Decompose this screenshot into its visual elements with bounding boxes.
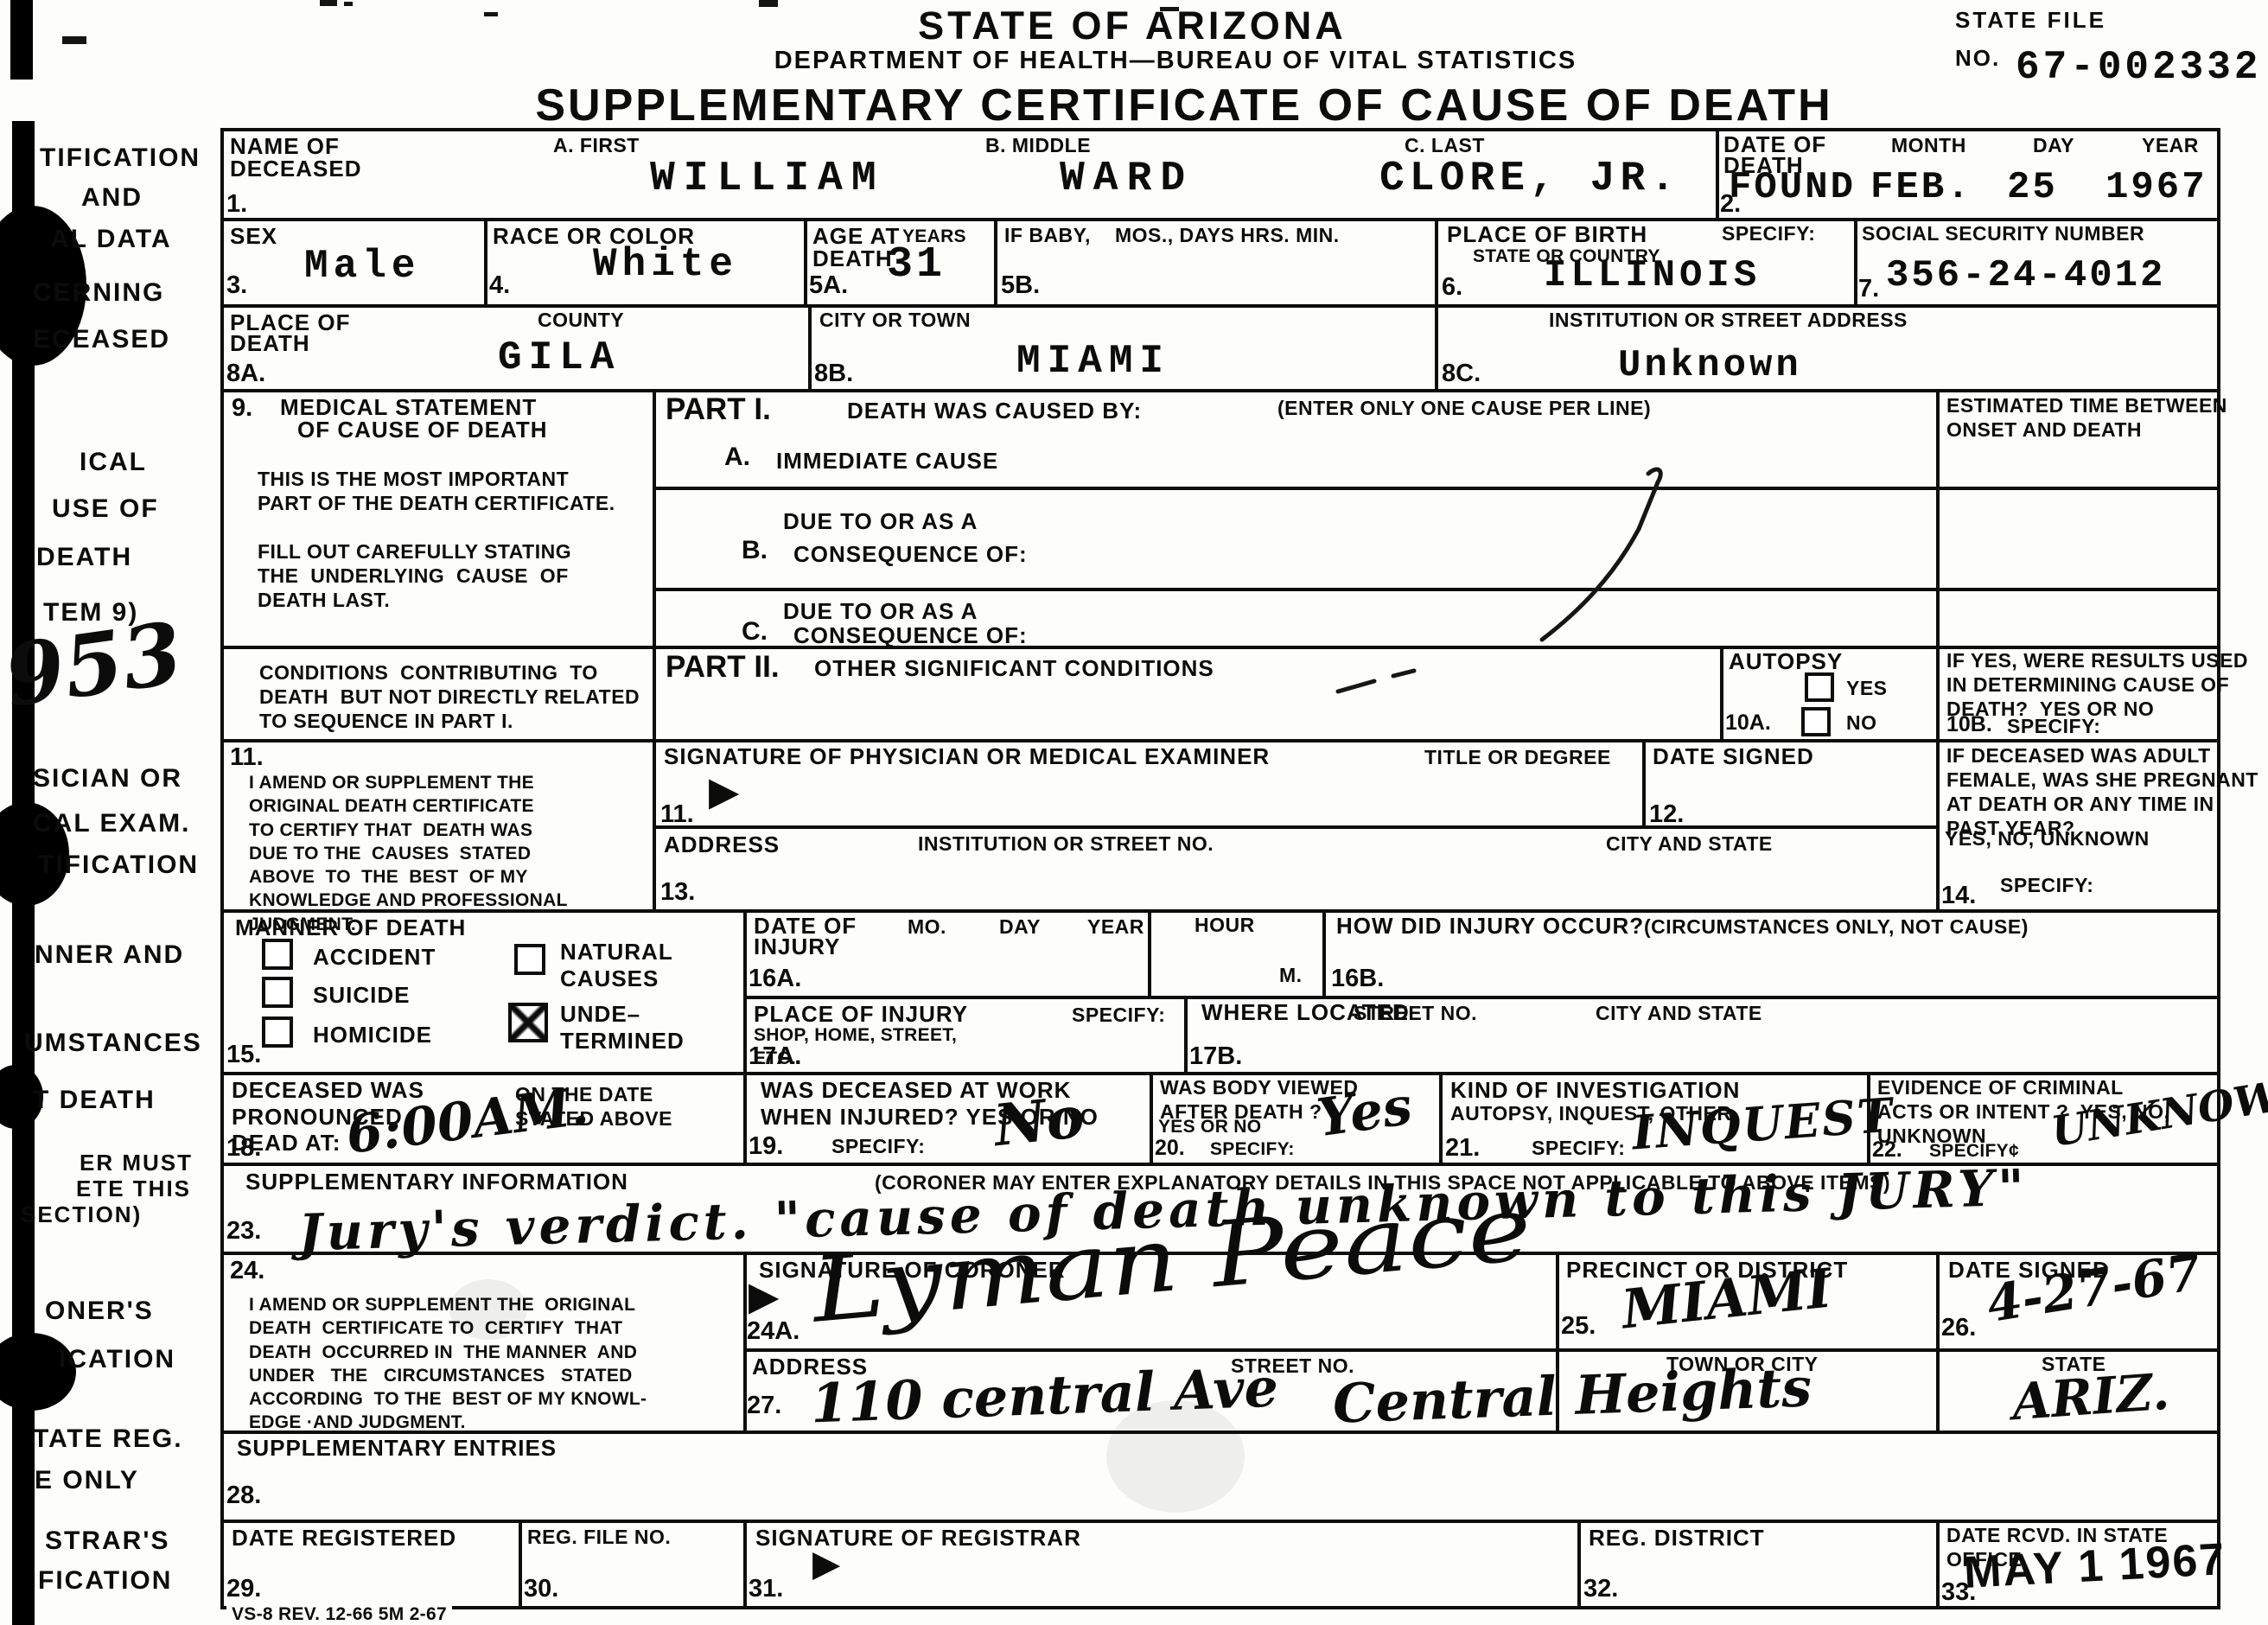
dod-year-header: YEAR [2142,133,2199,157]
city-state-header-13: CITY AND STATE [1606,832,1773,856]
baby-label: IF BABY, [1004,223,1091,247]
page-title-department: DEPARTMENT OF HEALTH—BUREAU OF VITAL STA… [570,47,1781,75]
pod-county-header: COUNTY [538,308,624,332]
suicide-checkbox [262,977,293,1008]
part1-one-cause-note: (ENTER ONLY ONE CAUSE PER LINE) [1277,396,1651,420]
place-specify-label: SPECIFY: [1072,1003,1165,1027]
cause-b-due-to: DUE TO OR AS A [783,508,978,535]
margin-label: CAL EXAM. [33,809,190,838]
natural-causes-label: NATURAL CAUSES [560,939,673,991]
at-work-value: No [991,1083,1087,1159]
item-27: 27. [747,1392,781,1420]
pod-label-2: DEATH [230,330,310,357]
physician-statement: I AMEND OR SUPPLEMENT THE ORIGINAL DEATH… [249,771,568,936]
undetermined-label: UNDE– TERMINED [560,1001,685,1054]
ssn-label: SOCIAL SECURITY NUMBER [1862,221,2144,245]
registrar-pointer-arrow-icon: ▶ [812,1545,840,1582]
cause-a-label: IMMEDIATE CAUSE [776,448,998,475]
item-25: 25. [1561,1312,1596,1341]
item-17a: 17A. [749,1042,801,1071]
scan-speck [1160,7,1179,11]
autopsy-yes-label: YES [1846,676,1888,700]
investigation-specify-label: SPECIFY: [1532,1136,1625,1160]
injury-date-label-2: INJURY [754,934,840,960]
supp-entries-label: SUPPLEMENTARY ENTRIES [237,1435,557,1462]
conditions-label: CONDITIONS CONTRIBUTING TO DEATH BUT NOT… [259,660,640,733]
item-13: 13. [660,878,695,907]
margin-label: AND [81,183,143,213]
scan-speck [320,0,337,6]
margin-label: AL DATA [50,225,172,254]
part2-title: PART II. [666,650,780,685]
item-19: 19. [749,1132,783,1161]
margin-label: USE OF [52,494,159,524]
item-20: 20. [1155,1136,1185,1161]
page-title-state: STATE OF ARIZONA [674,3,1590,48]
title-or-degree-header: TITLE OR DEGREE [1424,745,1611,769]
sex-value: Male [304,244,420,289]
item-1: 1. [226,190,247,219]
birth-specify-label: SPECIFY: [1722,221,1815,245]
where-city-state-header: CITY AND STATE [1596,1001,1762,1025]
item-28: 28. [226,1482,261,1510]
item-24: 24. [230,1257,264,1285]
age-value: 31 [887,240,946,290]
margin-label: ICATION [59,1345,175,1374]
item-11: 11. [230,743,264,772]
margin-label: TATE REG. [33,1424,183,1454]
injury-year-header: YEAR [1087,914,1144,939]
supp-info-label: SUPPLEMENTARY INFORMATION [245,1169,628,1195]
medical-statement-title-2: OF CAUSE OF DEATH [297,417,548,443]
sex-label: SEX [230,223,277,250]
pod-county-value: GILA [498,335,621,380]
dod-year-value: 1967 [2106,166,2207,209]
reg-district-label: REG. DISTRICT [1589,1525,1765,1552]
item-12: 12. [1649,800,1684,829]
body-viewed-specify-label: SPECIFY: [1210,1137,1295,1161]
margin-label: FICATION [38,1566,172,1596]
part1-divider-b [653,588,2220,591]
registrar-signature-label: SIGNATURE OF REGISTRAR [755,1525,1081,1552]
autopsy-label: AUTOPSY [1729,648,1843,675]
margin-label: ETE THIS [76,1176,191,1202]
part1-title: PART I. [666,392,771,427]
item-15: 15. [226,1041,261,1069]
item-9: 9. [232,394,252,423]
injury-mo-header: MO. [908,914,946,939]
item-16b: 16B. [1331,965,1384,993]
part2-label: OTHER SIGNIFICANT CONDITIONS [814,655,1214,682]
dod-found-value: FOUND [1729,166,1856,209]
name-middle-header: B. MIDDLE [985,133,1091,157]
cause-c-letter: C. [742,617,768,647]
physician-signature-label: SIGNATURE OF PHYSICIAN OR MEDICAL EXAMIN… [664,743,1270,770]
item-23: 23. [226,1217,261,1246]
pod-city-header: CITY OR TOWN [819,308,971,332]
autopsy-no-checkbox [1801,707,1831,736]
name-first-value: WILLIAM [650,156,885,202]
margin-label: DEATH [36,543,132,572]
name-last-value: CLORE, JR. [1379,156,1680,202]
part1-caused-by: DEATH WAS CAUSED BY: [847,398,1142,424]
baby-units-header: MOS., DAYS HRS. MIN. [1115,223,1340,247]
scan-speck [759,0,778,7]
scan-speck [344,2,353,6]
at-work-specify-label: SPECIFY: [831,1134,925,1158]
item-14: 14. [1941,882,1976,910]
injury-hour-divider [1148,909,1151,999]
item-3: 3. [226,271,247,300]
item-29: 29. [226,1575,261,1603]
name-last-header: C. LAST [1405,133,1485,157]
item-10a: 10A. [1725,711,1771,736]
margin-label: NNER AND [35,940,184,970]
state-file-no-label: NO. [1955,45,2000,72]
item-10b: 10B. [1946,712,1992,737]
state-file-label: STATE FILE [1955,7,2106,34]
margin-label: SICIAN OR [33,764,182,793]
margin-label: ICAL [80,448,147,477]
scan-speck [484,12,498,16]
signature-pointer-arrow-icon: ▶ [709,771,739,811]
name-label-2: DECEASED [230,156,361,182]
address-13-label: ADDRESS [664,832,780,858]
item-22: 22. [1872,1137,1902,1163]
item-5a: 5A. [809,271,848,300]
pregnant-options: YES, NO, UNKNOWN [1945,826,2150,851]
natural-causes-checkbox [514,944,545,975]
suicide-label: SUICIDE [313,982,410,1009]
age-label-2: DEATH [812,245,893,272]
injury-m-label: M. [1279,963,1303,987]
item-11-sig: 11. [660,800,694,829]
margin-label: ER MUST [80,1150,193,1176]
where-street-header: STREET NO. [1354,1001,1477,1025]
margin-label: E ONLY [35,1466,139,1495]
injury-hour-header: HOUR [1195,913,1255,937]
item-4: 4. [489,271,510,300]
item-16a: 16A. [749,965,801,993]
estimated-time-label: ESTIMATED TIME BETWEEN ONSET AND DEATH [1946,393,2227,442]
item-6: 6. [1442,273,1462,302]
cause-c-due-to: DUE TO OR AS A [783,598,978,625]
margin-label: ONER'S [45,1297,154,1326]
injury-day-header: DAY [999,914,1041,939]
how-injury-label: HOW DID INJURY OCCUR? [1336,913,1644,940]
cause-b-letter: B. [742,536,768,565]
margin-label: TIFICATION [38,851,199,880]
item-21: 21. [1445,1134,1480,1163]
medical-statement-p1: THIS IS THE MOST IMPORTANT PART OF THE D… [258,467,615,515]
pod-institution-value: Unknown [1618,344,1802,387]
margin-label: ECEASED [33,325,170,354]
item-24a: 24A. [747,1317,800,1346]
ssn-value: 356-24-4012 [1886,254,2165,297]
item-30: 30. [524,1575,558,1603]
reg-file-label: REG. FILE NO. [527,1525,671,1549]
cause-b-label: CONSEQUENCE OF: [793,541,1028,568]
item-5b: 5B. [1001,271,1040,300]
name-middle-value: WARD [1060,156,1194,202]
item-8b: 8B. [814,360,853,388]
autopsy-yes-checkbox [1805,672,1834,702]
form-code: VS-8 REV. 12-66 5M 2-67 [226,1603,452,1625]
margin-label: UMSTANCES [24,1029,202,1058]
state-file-number: 67-002332 [2016,45,2261,90]
date-signed-12-label: DATE SIGNED [1653,743,1814,770]
undetermined-checkbox [508,1003,548,1042]
coroner-statement: I AMEND OR SUPPLEMENT THE ORIGINAL DEATH… [249,1293,647,1435]
results-specify-label: SPECIFY: [2007,714,2100,738]
part1-divider-a [653,487,2220,490]
state-value: ARIZ. [2010,1362,2171,1432]
homicide-label: HOMICIDE [313,1022,432,1048]
accident-checkbox [262,939,293,970]
pregnant-specify-label: SPECIFY: [2000,873,2093,897]
item-7: 7. [1858,275,1879,303]
margin-label: CERNING [33,278,164,308]
medical-statement-p2: FILL OUT CAREFULLY STATING THE UNDERLYIN… [258,539,571,612]
name-first-header: A. FIRST [553,133,640,157]
manner-label: MANNER OF DEATH [235,914,466,941]
cause-c-label: CONSEQUENCE OF: [793,622,1028,649]
item-26: 26. [1941,1314,1976,1342]
dod-day-header: DAY [2033,133,2074,157]
margin-label: SECTION) [21,1201,142,1228]
race-value: White [593,242,738,287]
coroner-pointer-arrow-icon: ▶ [749,1276,779,1316]
item-32: 32. [1583,1575,1618,1603]
scan-speck [62,36,86,44]
scan-bar-artifact [10,0,33,80]
cause-a-letter: A. [724,443,750,472]
pod-city-value: MIAMI [1016,339,1170,384]
margin-label: STRAR'S [45,1526,169,1556]
pod-institution-header: INSTITUTION OR STREET ADDRESS [1549,308,1908,332]
death-certificate-scan: STATE OF ARIZONA DEPARTMENT OF HEALTH—BU… [0,0,2268,1625]
institution-street-header: INSTITUTION OR STREET NO. [918,832,1214,856]
item-18: 18. [226,1134,261,1163]
margin-label: TIFICATION [40,143,201,173]
item-31: 31. [749,1575,783,1603]
autopsy-no-label: NO [1846,711,1877,735]
how-injury-note: (CIRCUMSTANCES ONLY, NOT CAUSE) [1644,914,2029,939]
dod-day-value: 25 [2007,166,2058,209]
homicide-checkbox [262,1016,293,1048]
item-17b: 17B. [1189,1042,1242,1071]
item-8c: 8C. [1442,360,1481,388]
results-used-label: IF YES, WERE RESULTS USED IN DETERMINING… [1946,648,2248,721]
dod-month-header: MONTH [1891,133,1966,157]
date-registered-label: DATE REGISTERED [232,1525,456,1552]
dod-month-value: FEB. [1870,166,1972,209]
page-title: SUPPLEMENTARY CERTIFICATE OF CAUSE OF DE… [510,80,1858,131]
item-8a: 8A. [226,360,265,388]
margin-label: T DEATH [33,1086,156,1115]
investigation-label: KIND OF INVESTIGATION [1450,1077,1740,1104]
birth-value: ILLINOIS [1544,254,1761,297]
accident-label: ACCIDENT [313,944,436,971]
